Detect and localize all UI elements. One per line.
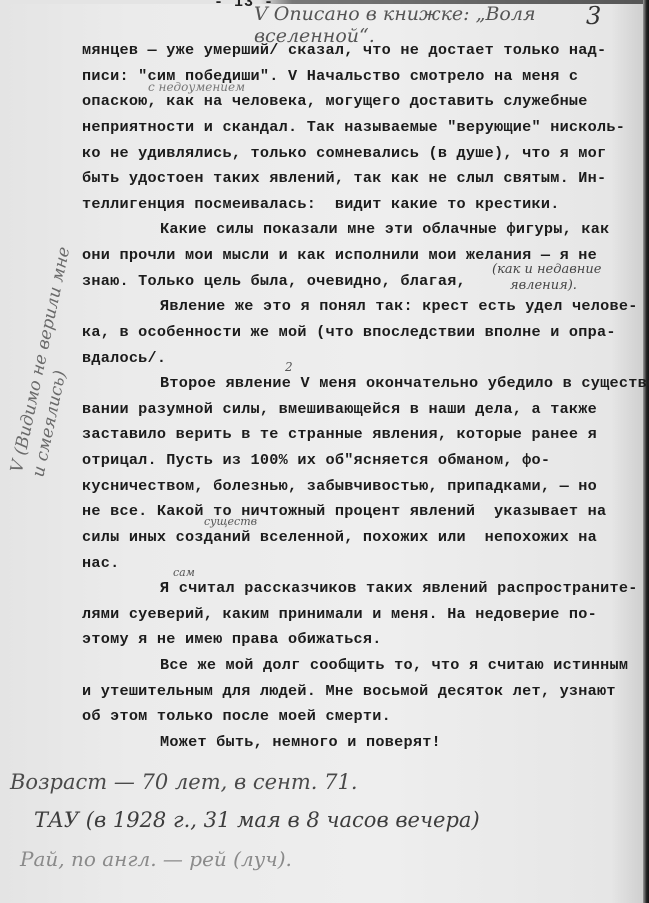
text-line: Второе явление V меня окончательно убеди… [160, 374, 649, 392]
footer-note-tau: ТАУ (в 1928 г., 31 мая в 8 часов вечера) [34, 808, 480, 832]
text-line: заставило верить в те странные явления, … [82, 425, 597, 443]
text-line: Я считал рассказчиков таких явлений расп… [160, 579, 638, 597]
text-line: нас. [82, 554, 119, 572]
text-line: силы иных созданий вселенной, похожих ил… [82, 528, 597, 546]
text-line: Явление же это я понял так: крест есть у… [160, 297, 638, 315]
text-line: быть удостоен таких явлений, так как не … [82, 169, 606, 187]
text-line: отрицал. Пусть из 100% их об"ясняется об… [82, 451, 550, 469]
text-line: Все же мой долг сообщить то, что я счита… [160, 656, 628, 674]
text-line: этому я не имею права обижаться. [82, 630, 382, 648]
text-line: писи: "сим победиши". V Начальство смотр… [82, 67, 578, 85]
text-line: лями суеверий, каким принимали и меня. Н… [82, 605, 597, 623]
footer-note-age: Возраст — 70 лет, в сент. 71. [10, 770, 358, 794]
text-line: вании разумной силы, вмешивающейся в наш… [82, 400, 597, 418]
text-line: ко не удивлялись, только сомневались (в … [82, 144, 606, 162]
text-line: Может быть, немного и поверят! [160, 733, 441, 751]
blagaya-annotation-line2: явления). [510, 278, 577, 293]
text-line: мянцев — уже умерший/ сказал, что не дос… [82, 41, 606, 59]
text-line: вдалось/. [82, 349, 166, 367]
text-line: ка, в особенности же мой (что впоследств… [82, 323, 616, 341]
text-line: знаю. Только цель была, очевидно, благая… [82, 272, 466, 290]
text-line: неприятности и скандал. Так называемые "… [82, 118, 625, 136]
page-right-edge [643, 0, 649, 903]
text-line: и утешительным для людей. Мне восьмой де… [82, 682, 616, 700]
text-line: об этом только после моей смерти. [82, 707, 391, 725]
blagaya-annotation-line1: (как и недавние [492, 262, 601, 277]
text-line: Какие силы показали мне эти облачные фиг… [160, 220, 609, 238]
footer-note-ray: Рай, по англ. — рей (луч). [20, 847, 292, 871]
text-line: опаскою, как на человека, могущего доста… [82, 92, 588, 110]
sam-annotation: сам [173, 566, 195, 579]
text-line: кусничеством, болезнью, забывчивостью, п… [82, 477, 597, 495]
vtoroe-mark: 2 [285, 360, 293, 374]
text-line: теллигенция посмеивалась: видит какие то… [82, 195, 560, 213]
sozdaniy-annotation: существ [204, 515, 257, 528]
text-line: не все. Какой то ничтожный процент явлен… [82, 502, 606, 520]
handwritten-page-number: 3 [586, 2, 601, 30]
